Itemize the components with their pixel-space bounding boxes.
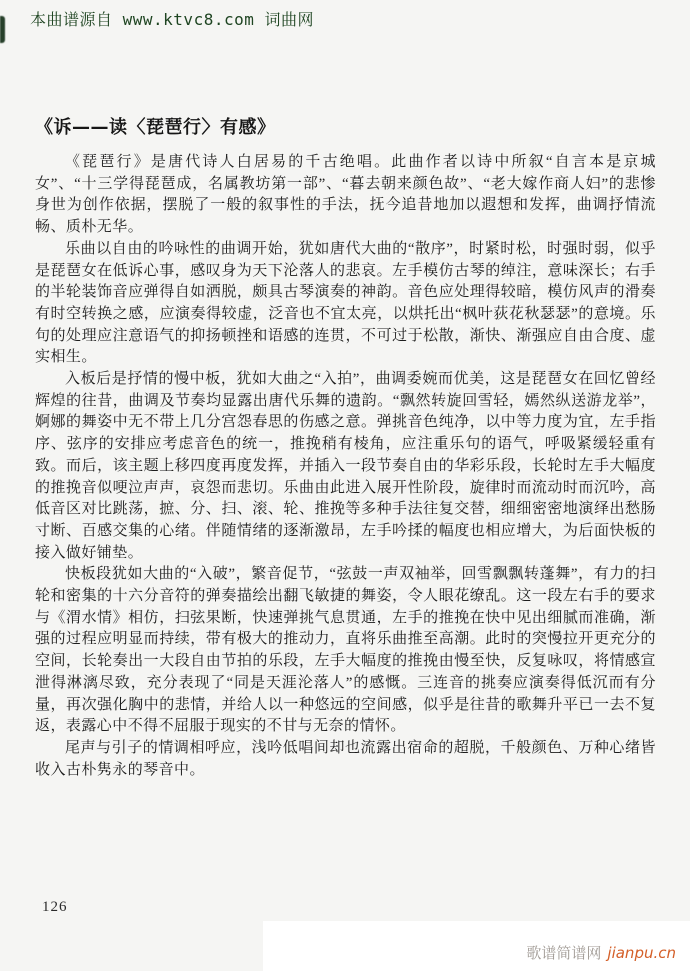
source-watermark: 本曲谱源自 www.ktvc8.com 词曲网 (30, 7, 314, 30)
scan-edge-smudge (0, 16, 5, 43)
article-body: 《琵琶行》是唐代诗人白居易的千古绝唱。此曲作者以诗中所叙“自言本是京城女”、“十… (35, 152, 656, 781)
footer-brand: 歌谱简谱网jianpu.cn (526, 942, 676, 963)
article-title: 《诉——读〈琵琶行〉有感》 (35, 113, 276, 139)
footer-site-name: 歌谱简谱网 (526, 944, 601, 962)
footer-site-url: jianpu.cn (607, 944, 676, 962)
scanned-document-page: 本曲谱源自 www.ktvc8.com 词曲网 《诉——读〈琵琶行〉有感》 《琵… (0, 0, 690, 971)
article-paragraph: 《琵琶行》是唐代诗人白居易的千古绝唱。此曲作者以诗中所叙“自言本是京城女”、“十… (35, 152, 656, 239)
article-paragraph: 乐曲以自由的吟咏性的曲调开始，犹如唐代大曲的“散序”，时紧时松，时强时弱，似乎是… (35, 239, 656, 369)
article-paragraph: 快板段犹如大曲的“入破”，繁音促节，“弦鼓一声双袖举，回雪飘飘转蓬舞”，有力的扫… (35, 564, 656, 738)
article-paragraph: 入板后是抒情的慢中板，犹如大曲之“入拍”，曲调委婉而优美，这是琵琶女在回忆曾经辉… (35, 369, 656, 564)
article-paragraph: 尾声与引子的情调相呼应，浅吟低唱间却也流露出宿命的超脱，千般颜色、万种心绪皆收入… (35, 738, 656, 781)
page-number: 126 (42, 899, 68, 916)
